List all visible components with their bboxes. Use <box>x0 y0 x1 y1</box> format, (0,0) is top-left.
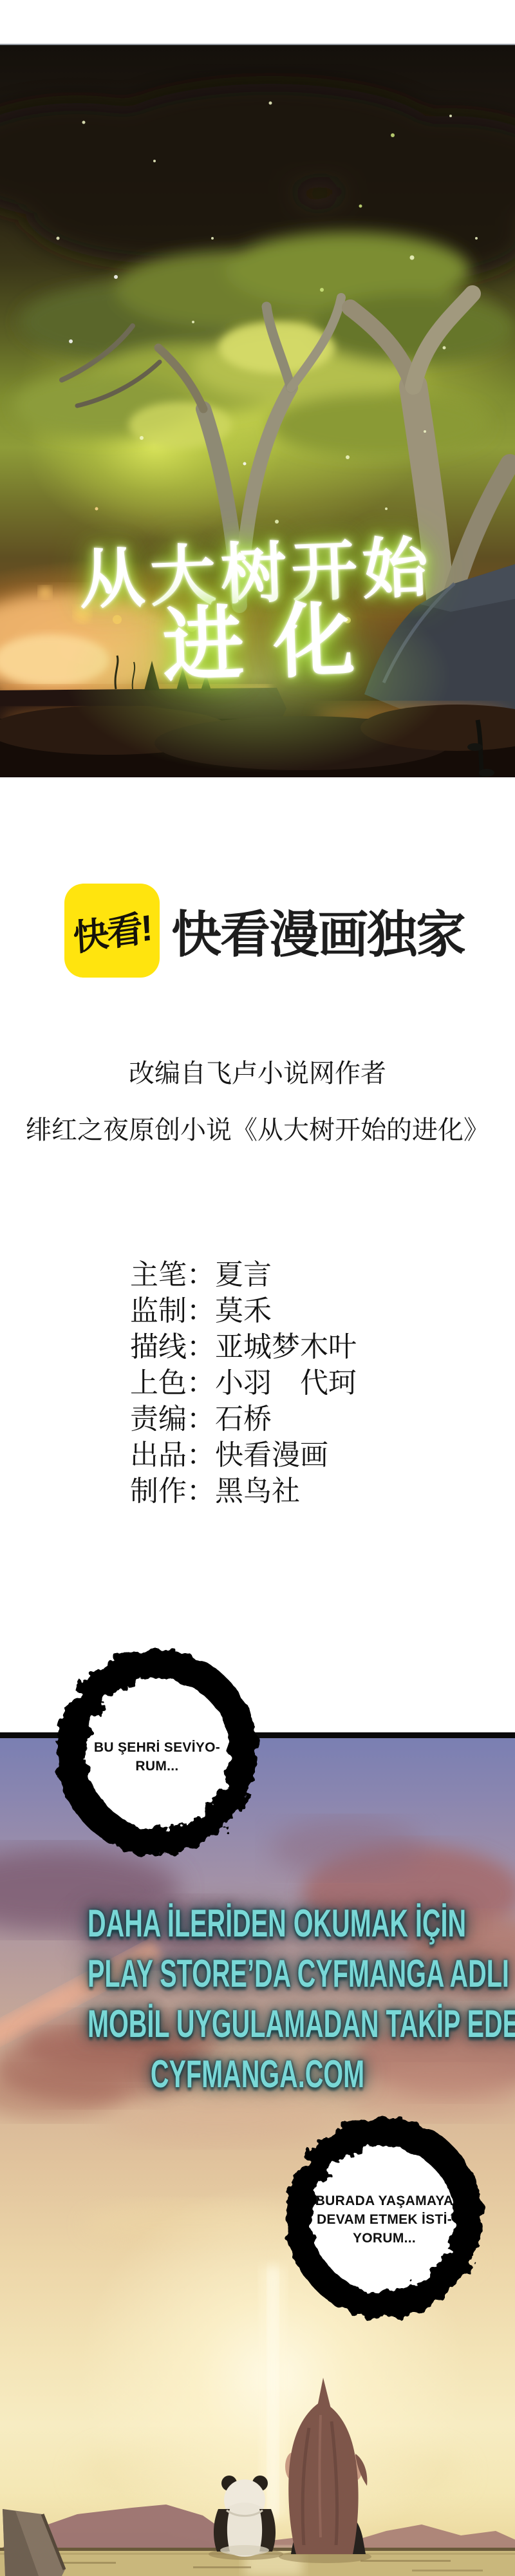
speech-bubble-2-text: BURADA YAŞAMAYA DEVAM ETMEK İSTİ- YORUM.… <box>274 2107 495 2331</box>
publisher-name: 快看漫画独家 <box>171 895 465 967</box>
speech-bubble-2: BURADA YAŞAMAYA DEVAM ETMEK İSTİ- YORUM.… <box>274 2107 495 2331</box>
bubble2-line2: DEVAM ETMEK İSTİ- <box>317 2210 452 2229</box>
panda-character <box>214 2476 276 2557</box>
credit-line-studio: 制作：黑鸟社 <box>130 1473 357 1510</box>
promo-line2: PLAY STORE’DA CYFMANGA ADLI <box>88 1949 427 1999</box>
kuaikan-logo: 快看! <box>64 884 160 978</box>
promo-line1: DAHA İLERİDEN OKUMAK İÇİN <box>88 1899 427 1949</box>
bubble1-line2: RUM... <box>135 1757 178 1776</box>
speech-bubble-1-text: BU ŞEHRİ SEVİYO- RUM... <box>45 1639 269 1866</box>
promo-line3: MOBİL UYGULAMADAN TAKİP EDEBİLİRSİN. <box>88 1999 427 2049</box>
bubble2-line3: YORUM... <box>353 2229 416 2248</box>
original-novel-line: 绯红之夜原创小说《从大树开始的进化》 <box>0 1116 515 1144</box>
promo-text: DAHA İLERİDEN OKUMAK İÇİN PLAY STORE’DA … <box>88 1899 427 2099</box>
credit-line-artist: 主笔：夏言 <box>130 1257 357 1293</box>
series-title: 从大树开始 进化 <box>0 532 515 693</box>
credit-line-lineart: 描线：亚城梦木叶 <box>130 1329 357 1365</box>
adaptation-source-line: 改编自飞卢小说网作者 <box>0 1059 515 1088</box>
bubble1-line1: BU ŞEHRİ SEVİYO- <box>94 1738 220 1757</box>
cover-art: 从大树开始 进化 <box>0 44 515 776</box>
kuaikan-logo-text: 快看! <box>72 899 153 961</box>
publisher-row: 快看! 快看漫画独家 <box>64 884 465 978</box>
credit-line-supervisor: 监制：莫禾 <box>130 1293 357 1329</box>
bubble2-line1: BURADA YAŞAMAYA <box>315 2192 454 2210</box>
promo-line4-website: CYFMANGA.COM <box>88 2049 427 2099</box>
manga-reader-page: 从大树开始 进化 快看! 快看漫画独家 改编自飞卢小说网作者 绯红之夜原创小说《… <box>0 0 515 2576</box>
credit-line-editor: 责编：石桥 <box>130 1401 357 1437</box>
credits-block: 主笔：夏言 监制：莫禾 描线：亚城梦木叶 上色：小羽 代珂 责编：石桥 出品：快… <box>130 1257 357 1510</box>
credit-line-coloring: 上色：小羽 代珂 <box>130 1365 357 1401</box>
credit-line-producer: 出品：快看漫画 <box>130 1437 357 1473</box>
speech-bubble-1: BU ŞEHRİ SEVİYO- RUM... <box>45 1639 269 1866</box>
